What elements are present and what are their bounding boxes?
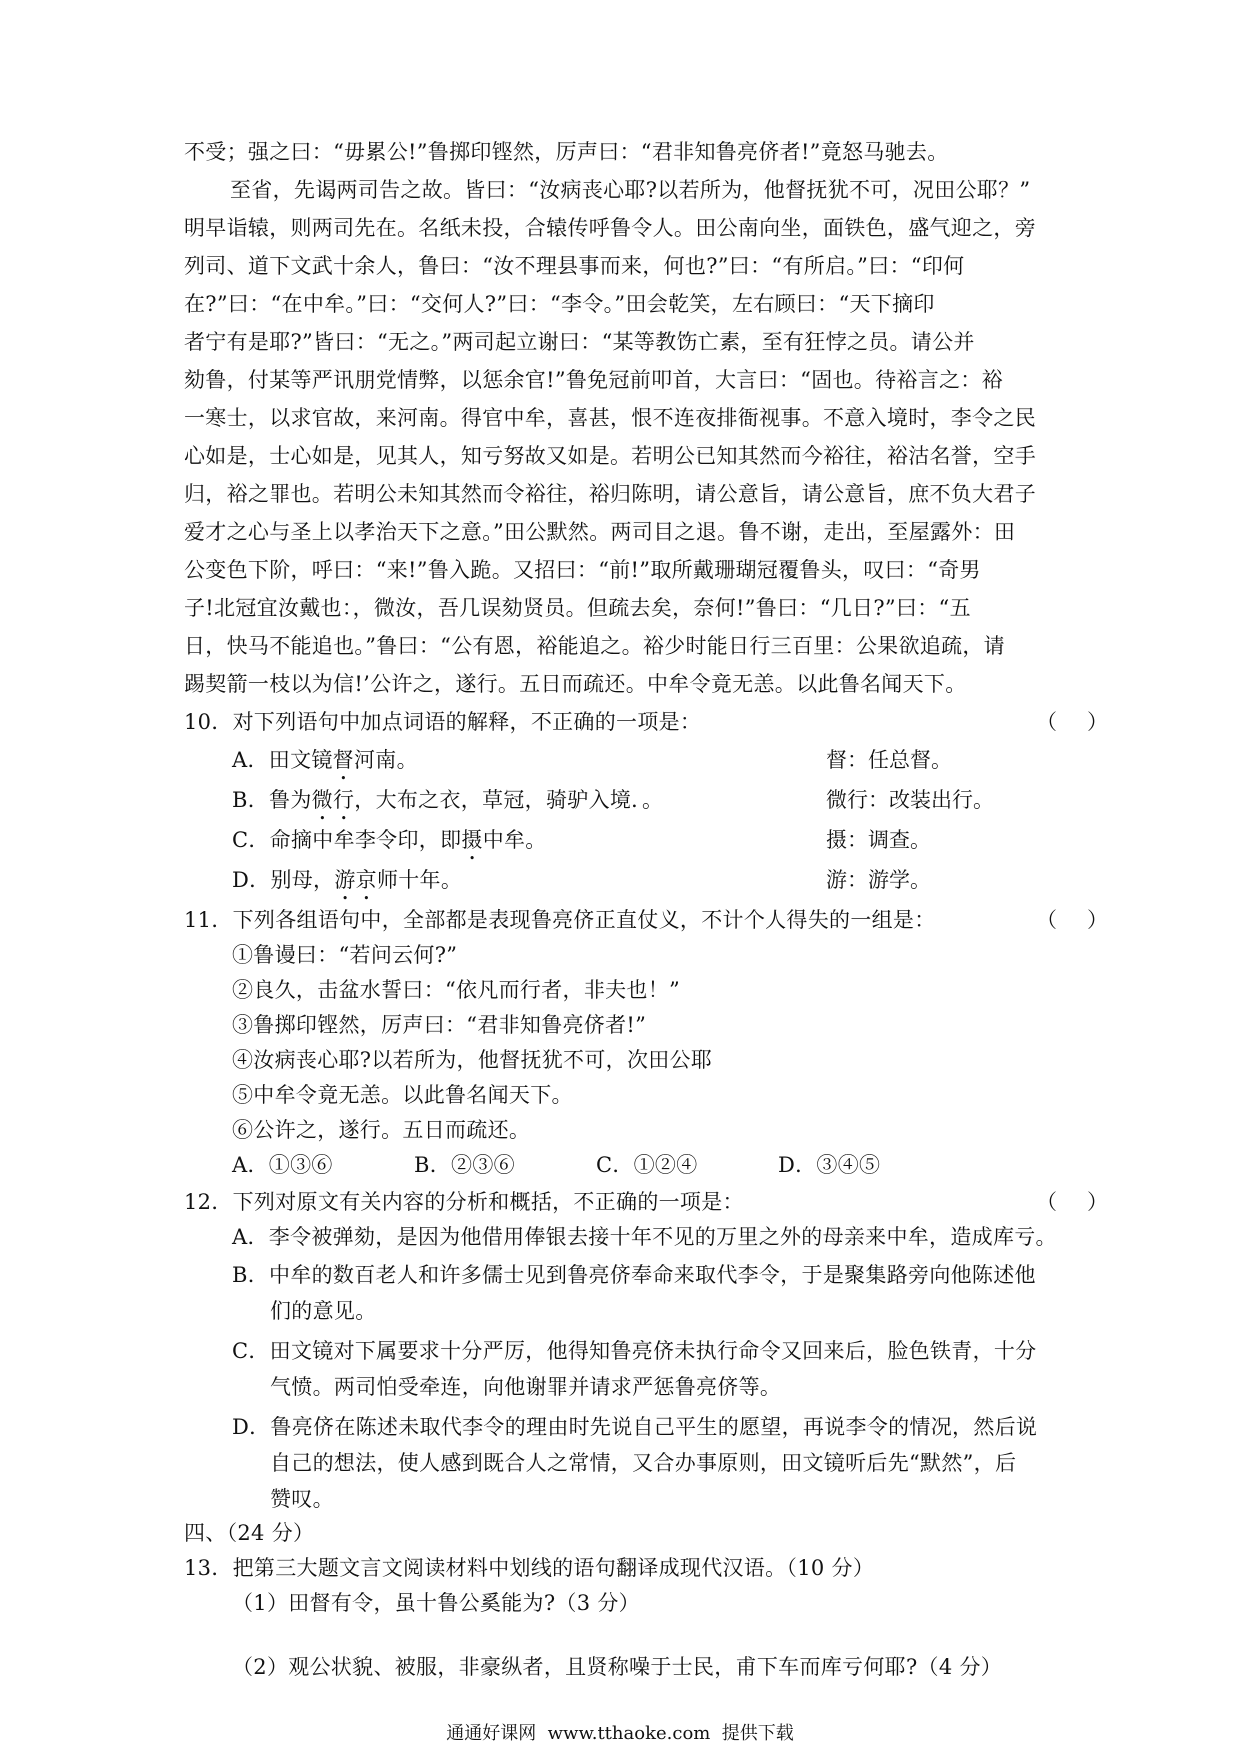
option-text: 河南。 [354, 748, 418, 772]
statement-item: ④汝病丧心耶?以若所为，他督抚犹不可，次田公耶 [232, 1045, 1132, 1075]
dotted-word: 摄 [461, 828, 482, 852]
choice-d: D．③④⑤ [778, 1150, 953, 1180]
question-stem: 12．下列对原文有关内容的分析和概括，不正确的一项是： [184, 1187, 1084, 1217]
option-text: ，大布之衣，草冠，骑驴入境．。 [354, 788, 663, 812]
option-b: B．中牟的数百老人和许多儒士见到鲁亮侪奉命来取代李令，于是聚集路旁向他陈述他 [232, 1260, 1132, 1290]
statement-item: ③鲁掷印铿然，厉声曰：“君非知鲁亮侪者!” [232, 1010, 1132, 1040]
option-text: 鲁为 [269, 788, 312, 812]
passage-line: 劾鲁，付某等严讯朋党情弊，以惩余官!”鲁免冠前叩首，大言曰：“固也。待裕言之：裕 [184, 365, 1084, 395]
passage-line: 子!北冠宜汝戴也：，微汝，吾几误劾贤员。但疏去矣，奈何!”鲁曰：“几日?”曰：“… [184, 593, 1084, 623]
passage-line: 不受；强之曰：“毋累公!”鲁掷印铿然，厉声曰：“君非知鲁亮侪者!”竟怒马驰去。 [184, 137, 1084, 167]
statement-item: ⑤中牟令竟无恙。以此鲁名闻天下。 [232, 1080, 1132, 1110]
dotted-word: 游京 [334, 868, 377, 892]
answer-blank[interactable]: （） [1036, 707, 1138, 737]
option-text: 田文镜 [269, 748, 333, 772]
option-gloss: 微行：改装出行。 [826, 785, 994, 815]
option-gloss: 游：游学。 [826, 865, 931, 895]
option-gloss: 督：任总督。 [826, 745, 952, 775]
option-d-cont: 自己的想法，使人感到既合人之常情，又合办事原则，田文镜听后先“默然”，后 [270, 1448, 1170, 1478]
option-label: B． [232, 788, 269, 812]
passage-line: 踢契箭一枝以为信!’公许之，遂行。五日而疏还。中牟令竟无恙。以此鲁名闻天下。 [184, 669, 1084, 699]
option-text: 师十年。 [377, 868, 462, 892]
passage-line: 者宁有是耶?”皆曰：“无之。”两司起立谢曰：“某等教饬亡素，至有狂悖之员。请公并 [184, 327, 1084, 357]
statement-item: ②良久，击盆水誓曰：“依凡而行者，非夫也！” [232, 975, 1132, 1005]
question-stem: 10．对下列语句中加点词语的解释，不正确的一项是： [184, 707, 1084, 737]
choice-c: C．①②④ [596, 1150, 771, 1180]
option-d: D．别母，游京师十年。 [232, 865, 1132, 905]
passage-line: 公变色下阶，呼曰：“来!”鲁入跪。又招曰：“前!”取所戴珊瑚冠覆鲁头，叹曰：“奇… [184, 555, 1084, 585]
option-b-cont: 们的意见。 [270, 1296, 1170, 1326]
exam-page: 不受；强之曰：“毋累公!”鲁掷印铿然，厉声曰：“君非知鲁亮侪者!”竟怒马驰去。 … [0, 0, 1240, 1754]
passage-line: 爱才之心与圣上以孝治天下之意。”田公默然。两司目之退。鲁不谢，走出，至屋露外：田 [184, 517, 1084, 547]
answer-blank[interactable]: （） [1036, 1187, 1138, 1217]
option-gloss: 摄：调查。 [826, 825, 931, 855]
choice-row: A．①③⑥ B．②③⑥ C．①②④ D．③④⑤ [232, 1150, 1132, 1180]
question-stem: 11．下列各组语句中，全部都是表现鲁亮侪正直仗义，不计个人得失的一组是： [184, 905, 1084, 935]
passage-line: 列司、道下文武十余人，鲁曰：“汝不理县事而来，何也?”曰：“有所启。”曰：“印何 [184, 251, 1084, 281]
section-heading: 四、（24 分） [184, 1518, 1084, 1548]
option-text: 中牟。 [483, 828, 547, 852]
option-d-cont: 赞叹。 [270, 1484, 1170, 1514]
option-label: D． [232, 868, 270, 892]
passage-line: 一寒士，以求官故，来河南。得官中牟，喜甚，恨不连夜排衙视事。不意入境时，李令之民 [184, 403, 1084, 433]
sub-question: （2）观公状貌、被服，非豪纵者，且贤称噪于士民，甫下车而库亏何耶?（4 分） [232, 1652, 1132, 1682]
passage-line: 明早诣辕，则两司先在。名纸未投，合辕传呼鲁令人。田公南向坐，面铁色，盛气迎之，旁 [184, 213, 1084, 243]
choice-b: B．②③⑥ [414, 1150, 589, 1180]
passage-line: 至省，先谒两司告之故。皆曰：“汝病丧心耶?以若所为，他督抚犹不可，况田公耶？” [230, 175, 1130, 205]
statement-item: ①鲁谩曰：“若问云何?” [232, 940, 1132, 970]
option-c: C．田文镜对下属要求十分严厉，他得知鲁亮侪未执行命令又回来后，脸色铁青，十分 [232, 1336, 1132, 1366]
dotted-word: 微行 [312, 788, 355, 812]
option-a: A．田文镜督河南。 [232, 745, 1132, 785]
passage-line: 日，快马不能追也。”鲁曰：“公有恩，裕能追之。裕少时能日行三百里：公果欲追疏，请 [184, 631, 1084, 661]
option-d: D．鲁亮侪在陈述未取代李令的理由时先说自己平生的愿望，再说李令的情况，然后说 [232, 1412, 1132, 1442]
option-label: A． [232, 748, 269, 772]
passage-line: 心如是，士心如是，见其人，知亏努故又如是。若明公已知其然而今裕往，裕沽名誉，空手 [184, 441, 1084, 471]
option-a: A．李令被弹劾，是因为他借用俸银去接十年不见的万里之外的母亲来中牟，造成库亏。 [232, 1222, 1132, 1252]
option-text: 别母， [270, 868, 334, 892]
answer-blank[interactable]: （） [1036, 905, 1138, 935]
page-footer: 通通好课网 www.tthaoke.com 提供下载 [0, 1722, 1240, 1746]
passage-line: 在?”曰：“在中牟。”曰：“交何人?”曰：“李令。”田会乾笑，左右顾曰：“天下摘… [184, 289, 1084, 319]
statement-item: ⑥公许之，遂行。五日而疏还。 [232, 1115, 1132, 1145]
option-b: B．鲁为微行，大布之衣，草冠，骑驴入境．。 [232, 785, 1132, 825]
option-c-cont: 气愤。两司怕受牵连，向他谢罪并请求严惩鲁亮侪等。 [270, 1372, 1170, 1402]
option-label: C． [232, 828, 270, 852]
sub-question: （1）田督有令，虽十鲁公奚能为?（3 分） [232, 1588, 1132, 1618]
option-c: C．命摘中牟李令印，即摄中牟。 [232, 825, 1132, 865]
passage-line: 归，裕之罪也。若明公未知其然而令裕往，裕归陈明，请公意旨，请公意旨，庶不负大君子 [184, 479, 1084, 509]
choice-a: A．①③⑥ [232, 1150, 407, 1180]
option-text: 命摘中牟李令印，即 [270, 828, 462, 852]
dotted-word: 督 [333, 748, 354, 772]
question-stem: 13．把第三大题文言文阅读材料中划线的语句翻译成现代汉语。（10 分） [184, 1553, 1084, 1583]
